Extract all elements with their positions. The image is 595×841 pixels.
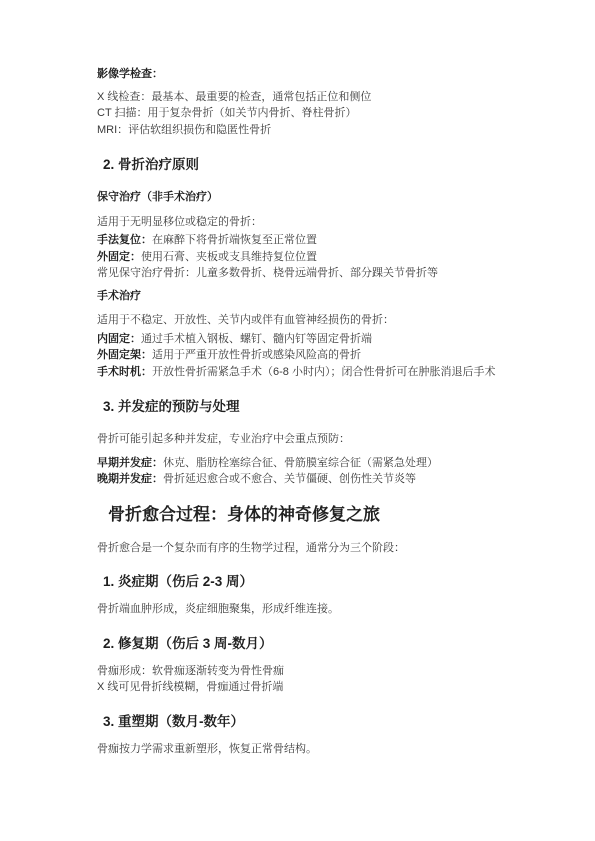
item-label: 晚期并发症： xyxy=(97,473,163,485)
document-page: 影像学检查： X 线检查：最基本、最重要的检查，通常包括正位和侧位 CT 扫描：… xyxy=(0,0,595,841)
healing-title: 骨折愈合过程：身体的神奇修复之旅 xyxy=(97,502,497,527)
section-title-complications: 3. 并发症的预防与处理 xyxy=(97,397,497,417)
imaging-line-ct: CT 扫描：用于复杂骨折（如关节内骨折、脊柱骨折） xyxy=(97,105,497,122)
item-text: 休克、脂肪栓塞综合征、骨筋膜室综合征（需紧急处理） xyxy=(163,457,438,469)
conservative-intro: 适用于无明显移位或稳定的骨折： xyxy=(97,214,497,231)
surgical-items: 内固定：通过手术植入钢板、螺钉、髓内钉等固定骨折端 外固定架：适用于严重开放性骨… xyxy=(97,331,497,381)
complication-item: 晚期并发症：骨折延迟愈合或不愈合、关节僵硬、创伤性关节炎等 xyxy=(97,471,497,488)
complications-intro: 骨折可能引起多种并发症，专业治疗中会重点预防： xyxy=(97,431,497,448)
imaging-line-mri: MRI：评估软组织损伤和隐匿性骨折 xyxy=(97,122,497,139)
item-text: 通过手术植入钢板、螺钉、髓内钉等固定骨折端 xyxy=(141,333,372,345)
imaging-heading: 影像学检查： xyxy=(97,66,497,83)
imaging-list: X 线检查：最基本、最重要的检查，通常包括正位和侧位 CT 扫描：用于复杂骨折（… xyxy=(97,89,497,139)
item-text: 使用石膏、夹板或支具维持复位位置 xyxy=(141,251,317,263)
conservative-note: 常见保守治疗骨折：儿童多数骨折、桡骨远端骨折、部分踝关节骨折等 xyxy=(97,265,497,282)
item-label: 手法复位： xyxy=(97,234,152,246)
phase-title-repair: 2. 修复期（伤后 3 周-数月） xyxy=(97,634,497,654)
phase-repair-text: 骨痂形成：软骨痂逐渐转变为骨性骨痂 X 线可见骨折线模糊，骨痂通过骨折端 xyxy=(97,663,497,696)
surgical-item: 内固定：通过手术植入钢板、螺钉、髓内钉等固定骨折端 xyxy=(97,331,497,348)
conservative-subtitle: 保守治疗（非手术治疗） xyxy=(97,189,497,206)
item-label: 外固定： xyxy=(97,251,141,263)
imaging-line-xray: X 线检查：最基本、最重要的检查，通常包括正位和侧位 xyxy=(97,89,497,106)
item-text: 开放性骨折需紧急手术（6-8 小时内）；闭合性骨折可在肿胀消退后手术 xyxy=(152,366,495,378)
section-title-treatment: 2. 骨折治疗原则 xyxy=(97,155,497,175)
phase-remodeling-text: 骨痂按力学需求重新塑形，恢复正常骨结构。 xyxy=(97,741,497,758)
surgical-subtitle: 手术治疗 xyxy=(97,288,497,305)
healing-intro: 骨折愈合是一个复杂而有序的生物学过程，通常分为三个阶段： xyxy=(97,540,497,557)
item-label: 内固定： xyxy=(97,333,141,345)
item-label: 手术时机： xyxy=(97,366,152,378)
phase-repair-line: 骨痂形成：软骨痂逐渐转变为骨性骨痂 xyxy=(97,663,497,680)
conservative-items: 手法复位：在麻醉下将骨折端恢复至正常位置 外固定：使用石膏、夹板或支具维持复位位… xyxy=(97,232,497,282)
surgical-intro: 适用于不稳定、开放性、关节内或伴有血管神经损伤的骨折： xyxy=(97,312,497,329)
phase-inflammation-text: 骨折端血肿形成，炎症细胞聚集，形成纤维连接。 xyxy=(97,601,497,618)
item-text: 适用于严重开放性骨折或感染风险高的骨折 xyxy=(152,349,361,361)
phase-repair-line: X 线可见骨折线模糊，骨痂通过骨折端 xyxy=(97,679,497,696)
item-text: 骨折延迟愈合或不愈合、关节僵硬、创伤性关节炎等 xyxy=(163,473,416,485)
surgical-item: 外固定架：适用于严重开放性骨折或感染风险高的骨折 xyxy=(97,347,497,364)
phase-title-inflammation: 1. 炎症期（伤后 2-3 周） xyxy=(97,572,497,592)
item-text: 在麻醉下将骨折端恢复至正常位置 xyxy=(152,234,317,246)
surgical-item: 手术时机：开放性骨折需紧急手术（6-8 小时内）；闭合性骨折可在肿胀消退后手术 xyxy=(97,364,497,381)
item-label: 外固定架： xyxy=(97,349,152,361)
complications-items: 早期并发症：休克、脂肪栓塞综合征、骨筋膜室综合征（需紧急处理） 晚期并发症：骨折… xyxy=(97,455,497,488)
conservative-item: 外固定：使用石膏、夹板或支具维持复位位置 xyxy=(97,249,497,266)
conservative-item: 手法复位：在麻醉下将骨折端恢复至正常位置 xyxy=(97,232,497,249)
complication-item: 早期并发症：休克、脂肪栓塞综合征、骨筋膜室综合征（需紧急处理） xyxy=(97,455,497,472)
item-label: 早期并发症： xyxy=(97,457,163,469)
phase-title-remodeling: 3. 重塑期（数月-数年） xyxy=(97,712,497,732)
